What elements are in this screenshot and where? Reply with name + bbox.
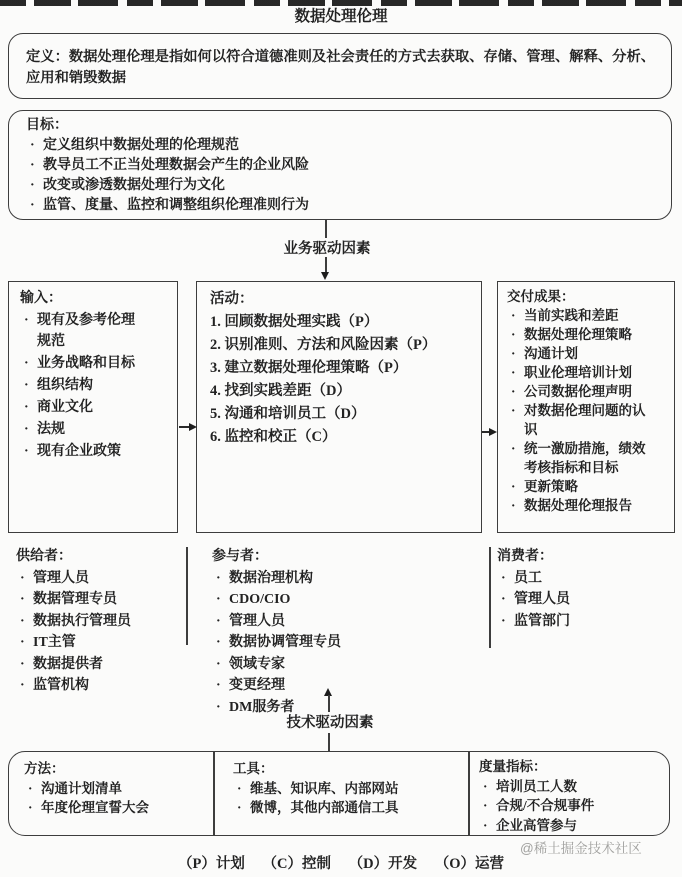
list-item: 培训员工人数 (479, 777, 664, 797)
list-item: 管理人员 (497, 589, 672, 611)
list-item-text: 现有企业政策 (37, 444, 121, 459)
list-item-text: 当前实践和差距 (524, 308, 619, 323)
consumers-list: 员工 管理人员 监管部门 (497, 568, 672, 633)
list-item: 年度伦理宣誓大会 (24, 798, 204, 818)
methods-section: 方法： 沟通计划清单 年度伦理宣誓大会 (24, 759, 204, 818)
list-item-text: 企业高管参与 (496, 818, 577, 833)
list-item: 3. 建立数据处理伦理策略（P） (210, 357, 472, 380)
list-item: 数据协调管理专员 (212, 632, 480, 654)
list-item-text: IT主管 (33, 635, 76, 650)
list-item: 领域专家 (212, 654, 480, 676)
list-item-text: 维基、知识库、内部网站 (250, 781, 399, 796)
business-driver-label: 业务驱动因素 (227, 237, 427, 258)
activities-section: 活动： 1. 回顾数据处理实践（P） 2. 识别准则、方法和风险因素（P） 3.… (210, 288, 472, 449)
legend: （P）计划 （C）控制 （D）开发 （O）运营 (0, 852, 682, 873)
list-item: 数据提供者 (16, 654, 181, 676)
list-item: 监管机构 (16, 675, 181, 697)
list-item: 商业文化 (20, 397, 144, 418)
list-item: 数据处理伦理策略 (507, 325, 649, 344)
list-item: 管理人员 (212, 611, 480, 633)
list-item-text: 定义组织中数据处理的伦理规范 (43, 138, 239, 153)
list-item: 当前实践和差距 (507, 306, 649, 325)
tools-title: 工具： (233, 759, 459, 779)
list-item: 改变或渗透数据处理行为文化 (26, 176, 656, 196)
list-item: CDO/CIO (212, 589, 480, 611)
list-item: 微博，其他内部通信工具 (233, 798, 459, 818)
participants-title: 参与者： (212, 546, 480, 568)
list-item-text: 合规/不合规事件 (496, 798, 594, 813)
list-item-text: 5. 沟通和培训员工（D） (210, 406, 365, 422)
list-item-text: 法规 (37, 422, 65, 437)
list-item: 法规 (20, 419, 144, 440)
list-item-text: 沟通计划 (524, 346, 578, 361)
arrow-right-icon (189, 423, 197, 431)
list-item-text: 组织结构 (37, 378, 93, 393)
list-item-text: 监管部门 (514, 614, 570, 629)
list-item: 企业高管参与 (479, 816, 664, 836)
list-item: 维基、知识库、内部网站 (233, 779, 459, 799)
consumers-title: 消费者： (497, 546, 672, 568)
definition-text: 定义：数据处理伦理是指如何以符合道德准则及社会责任的方式去获取、存储、管理、解释… (26, 47, 658, 88)
metrics-list: 培训员工人数 合规/不合规事件 企业高管参与 (479, 777, 664, 836)
consumers-section: 消费者： 员工 管理人员 监管部门 (497, 546, 672, 632)
tools-section: 工具： 维基、知识库、内部网站 微博，其他内部通信工具 (233, 759, 459, 818)
legend-item: （P）计划 (178, 856, 245, 872)
list-item-text: 公司数据伦理声明 (524, 384, 632, 399)
list-item: 6. 监控和校正（C） (210, 426, 472, 449)
list-item: 统一激励措施，绩效考核指标和目标 (507, 439, 649, 477)
list-item-text: 年度伦理宣誓大会 (41, 800, 149, 815)
legend-item: （D）开发 (349, 856, 417, 872)
activities-title: 活动： (210, 288, 472, 311)
suppliers-section: 供给者： 管理人员 数据管理专员 数据执行管理员 IT主管 数据提供者 监管机构 (16, 546, 181, 697)
list-item-text: 数据管理专员 (33, 592, 117, 607)
tools-list: 维基、知识库、内部网站 微博，其他内部通信工具 (233, 779, 459, 818)
metrics-section: 度量指标： 培训员工人数 合规/不合规事件 企业高管参与 (479, 757, 664, 835)
list-item-text: 业务战略和目标 (37, 356, 135, 371)
list-item-text: 数据提供者 (33, 657, 103, 672)
deliverables-title: 交付成果： (507, 287, 649, 306)
list-item: 更新策略 (507, 477, 649, 496)
list-item: 数据执行管理员 (16, 611, 181, 633)
list-item: 对数据伦理问题的认识 (507, 401, 649, 439)
legend-item: （O）运营 (435, 856, 504, 872)
arrow-down-icon (321, 272, 329, 280)
list-item-text: 微博，其他内部通信工具 (250, 800, 399, 815)
list-item-text: 管理人员 (229, 614, 285, 629)
list-item-text: 培训员工人数 (496, 779, 577, 794)
list-item-text: CDO/CIO (229, 592, 290, 607)
list-item: 1. 回顾数据处理实践（P） (210, 311, 472, 334)
list-item: 教导员工不正当处理数据会产生的企业风险 (26, 156, 656, 176)
list-item: 职业伦理培训计划 (507, 363, 649, 382)
list-item-text: 数据处理伦理策略 (524, 327, 632, 342)
list-item-text: 监管机构 (33, 678, 89, 693)
list-item-text: 数据处理伦理报告 (524, 498, 632, 513)
suppliers-list: 管理人员 数据管理专员 数据执行管理员 IT主管 数据提供者 监管机构 (16, 568, 181, 697)
list-item-text: 管理人员 (514, 592, 570, 607)
list-item: 数据处理伦理报告 (507, 496, 649, 515)
list-item-text: 领域专家 (229, 657, 285, 672)
methods-list: 沟通计划清单 年度伦理宣誓大会 (24, 779, 204, 818)
cell-divider (213, 751, 215, 836)
list-item-text: 沟通计划清单 (41, 781, 122, 796)
list-item: 数据管理专员 (16, 589, 181, 611)
list-item: 4. 找到实践差距（D） (210, 380, 472, 403)
list-item: 定义组织中数据处理的伦理规范 (26, 136, 656, 156)
list-item-text: 1. 回顾数据处理实践（P） (210, 314, 378, 330)
list-item: 监管、度量、监控和调整组织伦理准则行为 (26, 196, 656, 216)
list-item-text: 2. 识别准则、方法和风险因素（P） (210, 337, 436, 353)
list-item-text: 3. 建立数据处理伦理策略（P） (210, 360, 407, 376)
list-item: 数据治理机构 (212, 568, 480, 590)
list-item: 沟通计划清单 (24, 779, 204, 799)
business-driver-line-top (325, 220, 327, 238)
list-item-text: 现有及参考伦理规范 (37, 313, 135, 349)
column-divider (186, 547, 188, 645)
legend-item: （C）控制 (262, 856, 330, 872)
list-item: 沟通计划 (507, 344, 649, 363)
list-item-text: 数据协调管理专员 (229, 635, 341, 650)
inputs-title: 输入： (20, 288, 144, 309)
list-item-text: 员工 (514, 571, 542, 586)
technology-driver-line-top (328, 695, 330, 712)
deliverables-section: 交付成果： 当前实践和差距 数据处理伦理策略 沟通计划 职业伦理培训计划 公司数… (507, 287, 649, 515)
cell-divider (468, 751, 470, 836)
goals-section: 目标： 定义组织中数据处理的伦理规范 教导员工不正当处理数据会产生的企业风险 改… (26, 116, 656, 216)
list-item-text: 4. 找到实践差距（D） (210, 383, 351, 399)
list-item: 变更经理 (212, 675, 480, 697)
list-item-text: 教导员工不正当处理数据会产生的企业风险 (43, 158, 309, 173)
inputs-section: 输入： 现有及参考伦理规范 业务战略和目标 组织结构 商业文化 法规 现有企业政… (20, 288, 144, 462)
list-item-text: 监管、度量、监控和调整组织伦理准则行为 (43, 198, 309, 213)
column-divider (489, 547, 491, 648)
list-item: 现有及参考伦理规范 (20, 310, 144, 352)
metrics-title: 度量指标： (479, 757, 664, 777)
list-item-text: 管理人员 (33, 571, 89, 586)
goals-list: 定义组织中数据处理的伦理规范 教导员工不正当处理数据会产生的企业风险 改变或渗透… (26, 136, 656, 216)
arrow-right-icon (489, 428, 497, 436)
methods-title: 方法： (24, 759, 204, 779)
list-item-text: 数据执行管理员 (33, 614, 131, 629)
context-diagram: 数据处理伦理 定义：数据处理伦理是指如何以符合道德准则及社会责任的方式去获取、存… (0, 0, 682, 877)
list-item-text: 6. 监控和校正（C） (210, 429, 336, 445)
list-item-text: 职业伦理培训计划 (524, 365, 632, 380)
list-item-text: 数据治理机构 (229, 571, 313, 586)
list-item: 组织结构 (20, 375, 144, 396)
suppliers-title: 供给者： (16, 546, 181, 568)
participants-section: 参与者： 数据治理机构 CDO/CIO 管理人员 数据协调管理专员 领域专家 变… (212, 546, 480, 718)
list-item: 员工 (497, 568, 672, 590)
goals-title: 目标： (26, 116, 656, 136)
technology-driver-line-bottom (328, 733, 330, 751)
page-title: 数据处理伦理 (0, 4, 682, 26)
list-item: IT主管 (16, 632, 181, 654)
technology-driver-label: 技术驱动因素 (230, 711, 430, 732)
activities-list: 1. 回顾数据处理实践（P） 2. 识别准则、方法和风险因素（P） 3. 建立数… (210, 311, 472, 449)
inputs-list: 现有及参考伦理规范 业务战略和目标 组织结构 商业文化 法规 现有企业政策 (20, 310, 144, 462)
list-item-text: 变更经理 (229, 678, 285, 693)
list-item: 管理人员 (16, 568, 181, 590)
deliverables-list: 当前实践和差距 数据处理伦理策略 沟通计划 职业伦理培训计划 公司数据伦理声明 … (507, 306, 649, 515)
list-item-text: 统一激励措施，绩效考核指标和目标 (524, 441, 646, 475)
list-item: 监管部门 (497, 611, 672, 633)
list-item: 2. 识别准则、方法和风险因素（P） (210, 334, 472, 357)
list-item: 业务战略和目标 (20, 353, 144, 374)
participants-list: 数据治理机构 CDO/CIO 管理人员 数据协调管理专员 领域专家 变更经理 D… (212, 568, 480, 719)
list-item-text: 对数据伦理问题的认识 (524, 403, 646, 437)
list-item-text: 商业文化 (37, 400, 93, 415)
list-item: 5. 沟通和培训员工（D） (210, 403, 472, 426)
list-item-text: 改变或渗透数据处理行为文化 (43, 178, 225, 193)
list-item-text: 更新策略 (524, 479, 578, 494)
list-item: 合规/不合规事件 (479, 796, 664, 816)
list-item: 公司数据伦理声明 (507, 382, 649, 401)
list-item: 现有企业政策 (20, 441, 144, 462)
